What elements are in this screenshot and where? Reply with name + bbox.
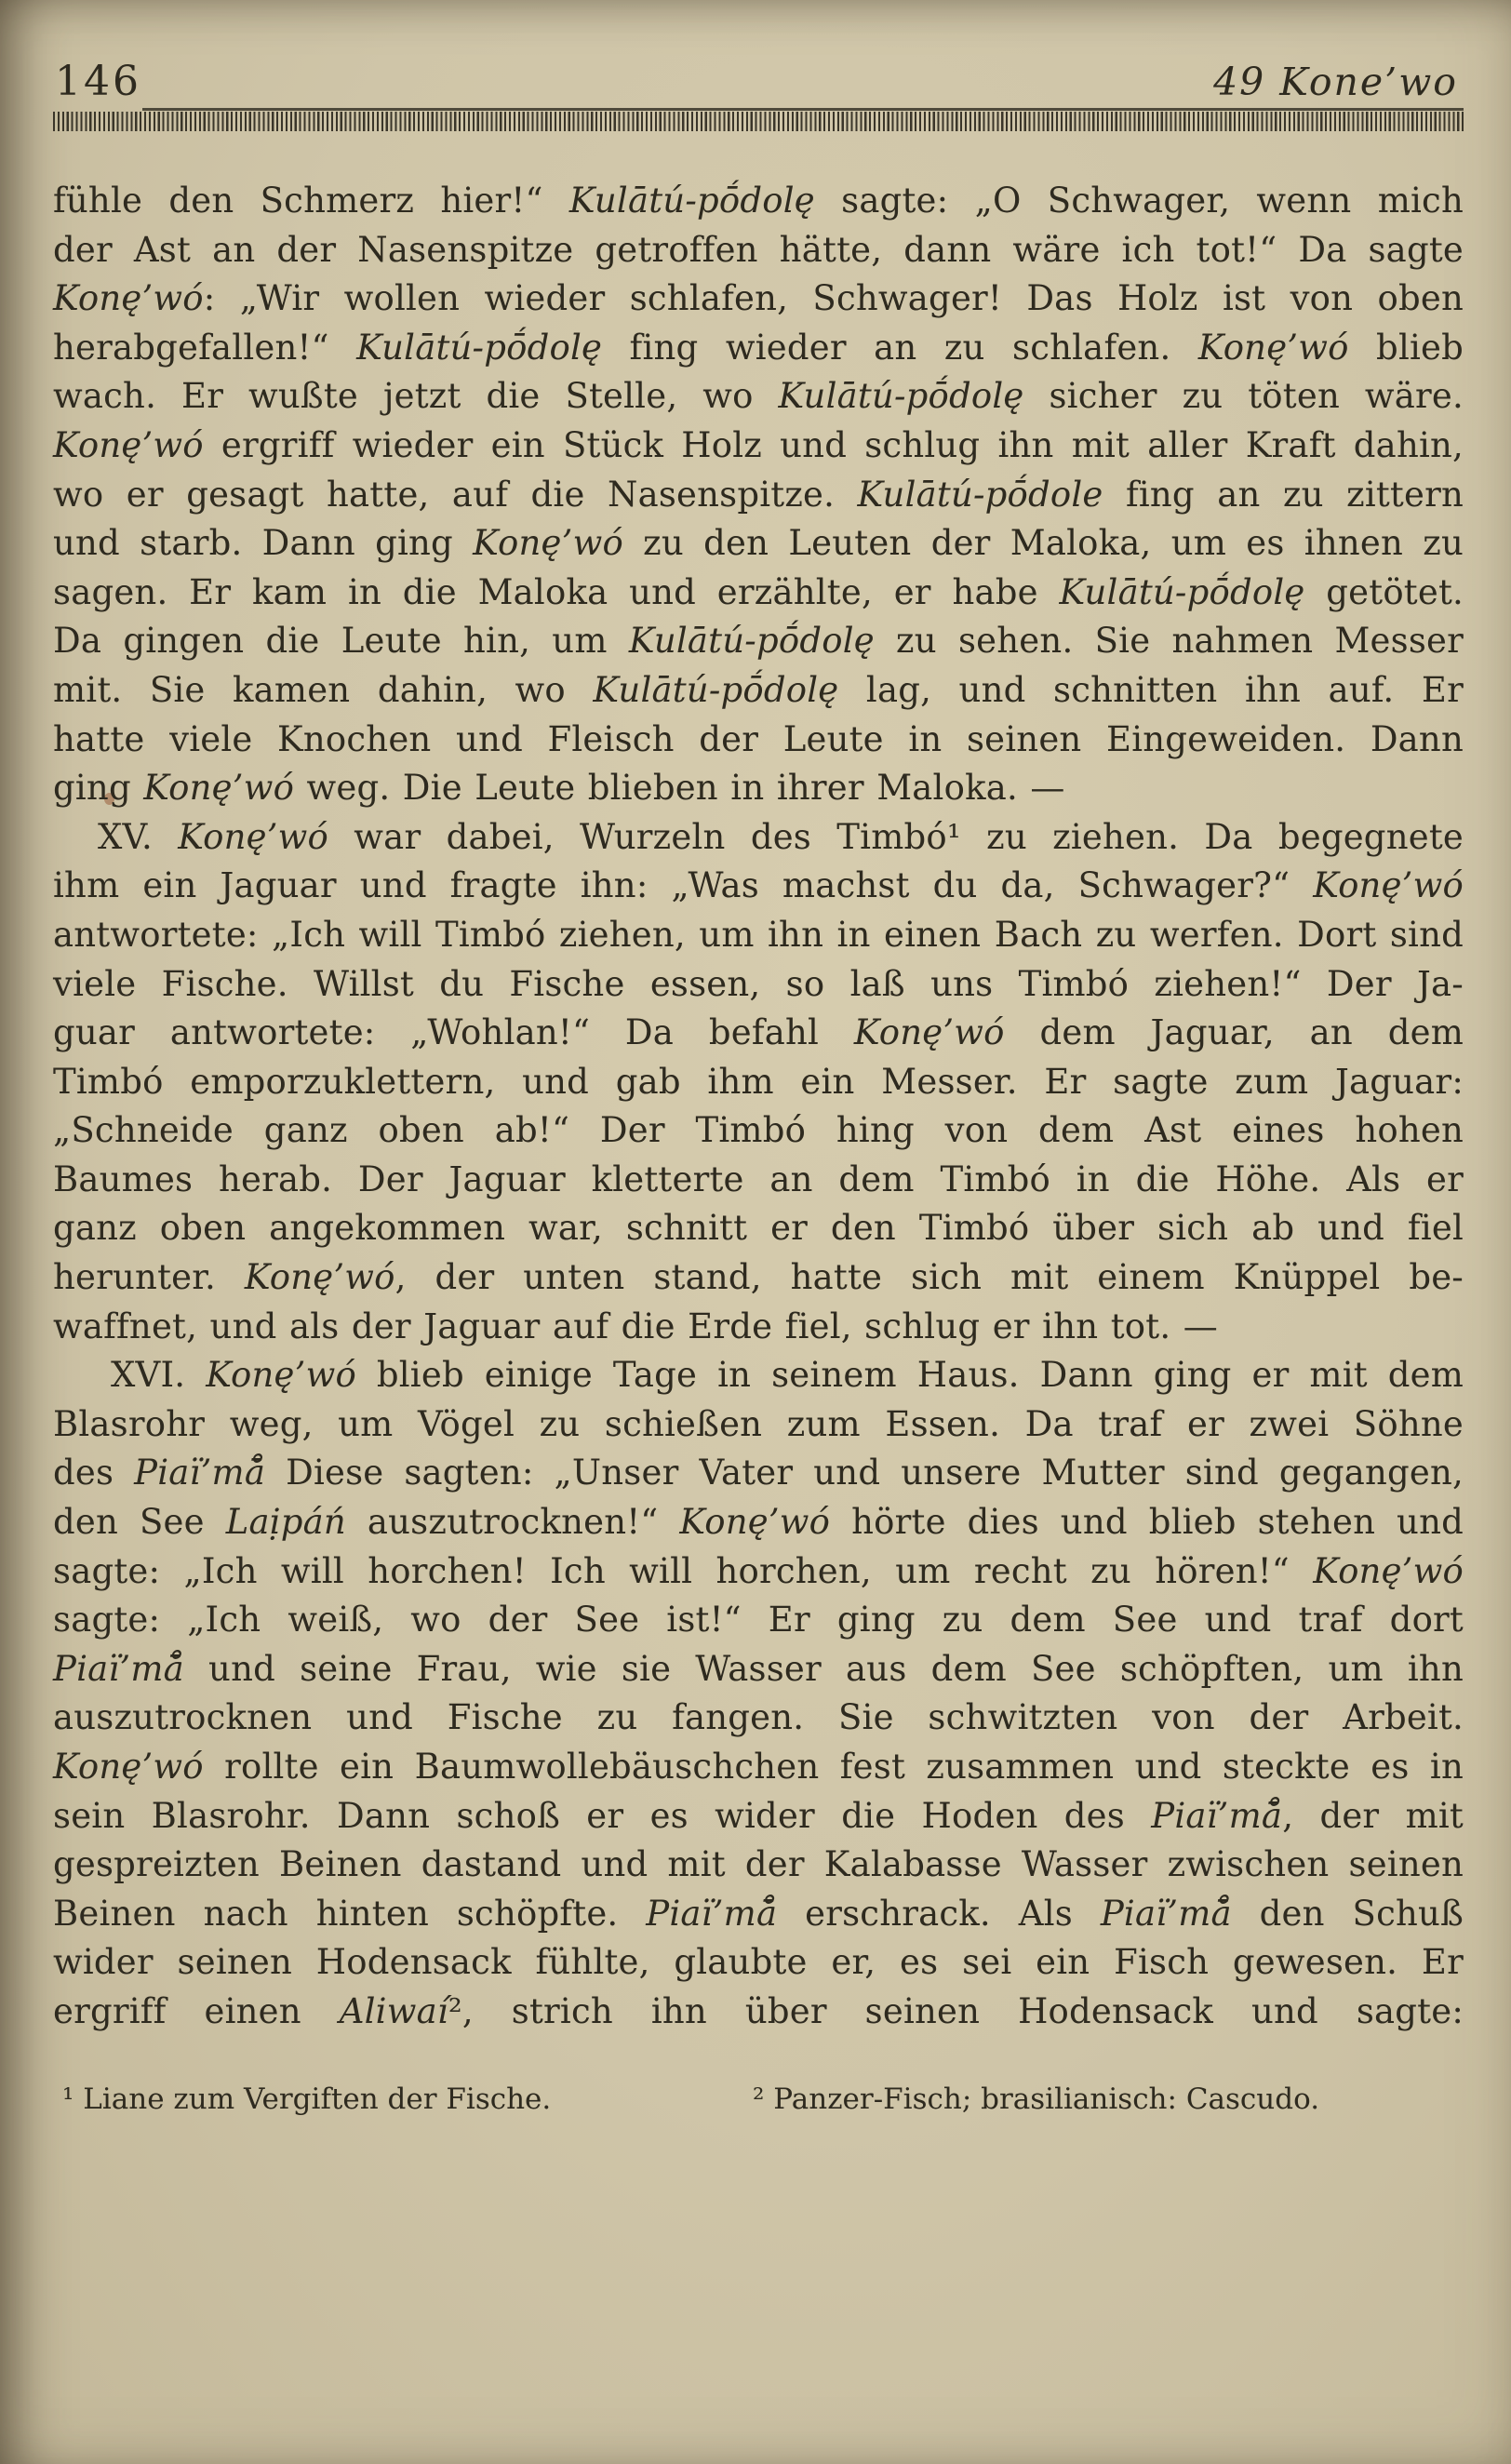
text-line: ihm ein Jaguar und fragte ihn: „Was mach…: [53, 862, 1464, 911]
text-line: XVI. Konę’wó blieb einige Tage in seinem…: [53, 1351, 1464, 1400]
running-header: 49 Kone’wo: [1213, 60, 1462, 104]
text-line: wach. Er wußte jetzt die Stelle, wo Kulā…: [53, 372, 1464, 422]
text-line: herabgefallen!“ Kulātú-pṓdolę fing wiede…: [53, 324, 1464, 373]
page-number: 146: [55, 58, 141, 105]
text-line: „Schneide ganz oben ab!“ Der Timbó hing …: [53, 1106, 1464, 1156]
page-header: 146 49 Kone’wo: [53, 58, 1464, 105]
text-line: antwortete: „Ich will Timbó ziehen, um i…: [53, 911, 1464, 960]
ornamental-rule: [53, 112, 1464, 131]
text-line: Da gingen die Leute hin, um Kulātú-pṓdol…: [53, 617, 1464, 666]
text-line: waffnet, und als der Jaguar auf die Erde…: [53, 1303, 1464, 1352]
text-line: ging Konę’wó weg. Die Leute blieben in i…: [53, 764, 1464, 813]
text-line: Timbó emporzuklettern, und gab ihm ein M…: [53, 1058, 1464, 1107]
text-line: viele Fische. Willst du Fische essen, so…: [53, 960, 1464, 1010]
text-line: wo er gesagt hatte, auf die Nasenspitze.…: [53, 471, 1464, 520]
text-line: fühle den Schmerz hier!“ Kulātú-pṓdolę s…: [53, 177, 1464, 226]
text-line: den See Laịpáń auszutrocknen!“ Konę’wó h…: [53, 1498, 1464, 1547]
text-line: und starb. Dann ging Konę’wó zu den Leut…: [53, 519, 1464, 569]
text-line: Konę’wó rollte ein Baumwollebäuschchen f…: [53, 1743, 1464, 1792]
footnote-1: ¹ Liane zum Vergiften der Fische.: [62, 2081, 551, 2118]
text-line: mit. Sie kamen dahin, wo Kulātú-pṓdolę l…: [53, 666, 1464, 716]
text-line: XV. Konę’wó war dabei, Wurzeln des Timbó…: [53, 813, 1464, 863]
text-line: hatte viele Knochen und Fleisch der Leut…: [53, 716, 1464, 765]
text-line: Konę’wó: „Wir wollen wieder schlafen, Sc…: [53, 275, 1464, 324]
text-line: Piaï’mā̊ und seine Frau, wie sie Wasser …: [53, 1645, 1464, 1694]
footnote-2: ² Panzer-Fisch; brasilianisch: Cascudo.: [753, 2081, 1319, 2118]
text-line: sagen. Er kam in die Maloka und erzählte…: [53, 569, 1464, 618]
text-line: des Piaï’mā̊ Diese sagten: „Unser Vater …: [53, 1449, 1464, 1498]
footnotes: ¹ Liane zum Vergiften der Fische. ² Panz…: [53, 2081, 1464, 2118]
text-line: sagte: „Ich will horchen! Ich will horch…: [53, 1547, 1464, 1597]
text-line: Beinen nach hinten schöpfte. Piaï’mā̊ er…: [53, 1890, 1464, 1939]
text-line: Konę’wó ergriff wieder ein Stück Holz un…: [53, 422, 1464, 471]
page-content: 146 49 Kone’wo fühle den Schmerz hier!“ …: [53, 0, 1464, 2118]
body-text: fühle den Schmerz hier!“ Kulātú-pṓdolę s…: [53, 177, 1464, 2037]
text-line: guar antwortete: „Wohlan!“ Da befahl Kon…: [53, 1009, 1464, 1058]
scanned-book-page: 146 49 Kone’wo fühle den Schmerz hier!“ …: [0, 0, 1511, 2464]
text-line: Baumes herab. Der Jaguar kletterte an de…: [53, 1156, 1464, 1205]
text-line: sagte: „Ich weiß, wo der See ist!“ Er gi…: [53, 1596, 1464, 1645]
header-rule-line: [142, 108, 1464, 111]
text-line: herunter. Konę’wó, der unten stand, hatt…: [53, 1253, 1464, 1303]
text-line: sein Blasrohr. Dann schoß er es wider di…: [53, 1792, 1464, 1841]
text-line: auszutrocknen und Fische zu fangen. Sie …: [53, 1694, 1464, 1743]
text-line: ganz oben angekommen war, schnitt er den…: [53, 1204, 1464, 1253]
text-line: gespreizten Beinen dastand und mit der K…: [53, 1841, 1464, 1890]
text-line: Blasrohr weg, um Vögel zu schießen zum E…: [53, 1400, 1464, 1450]
text-line: der Ast an der Nasenspitze getroffen hät…: [53, 226, 1464, 275]
text-line: ergriff einen Aliwaí², strich ihn über s…: [53, 1988, 1464, 2037]
text-line: wider seinen Hodensack fühlte, glaubte e…: [53, 1938, 1464, 1988]
